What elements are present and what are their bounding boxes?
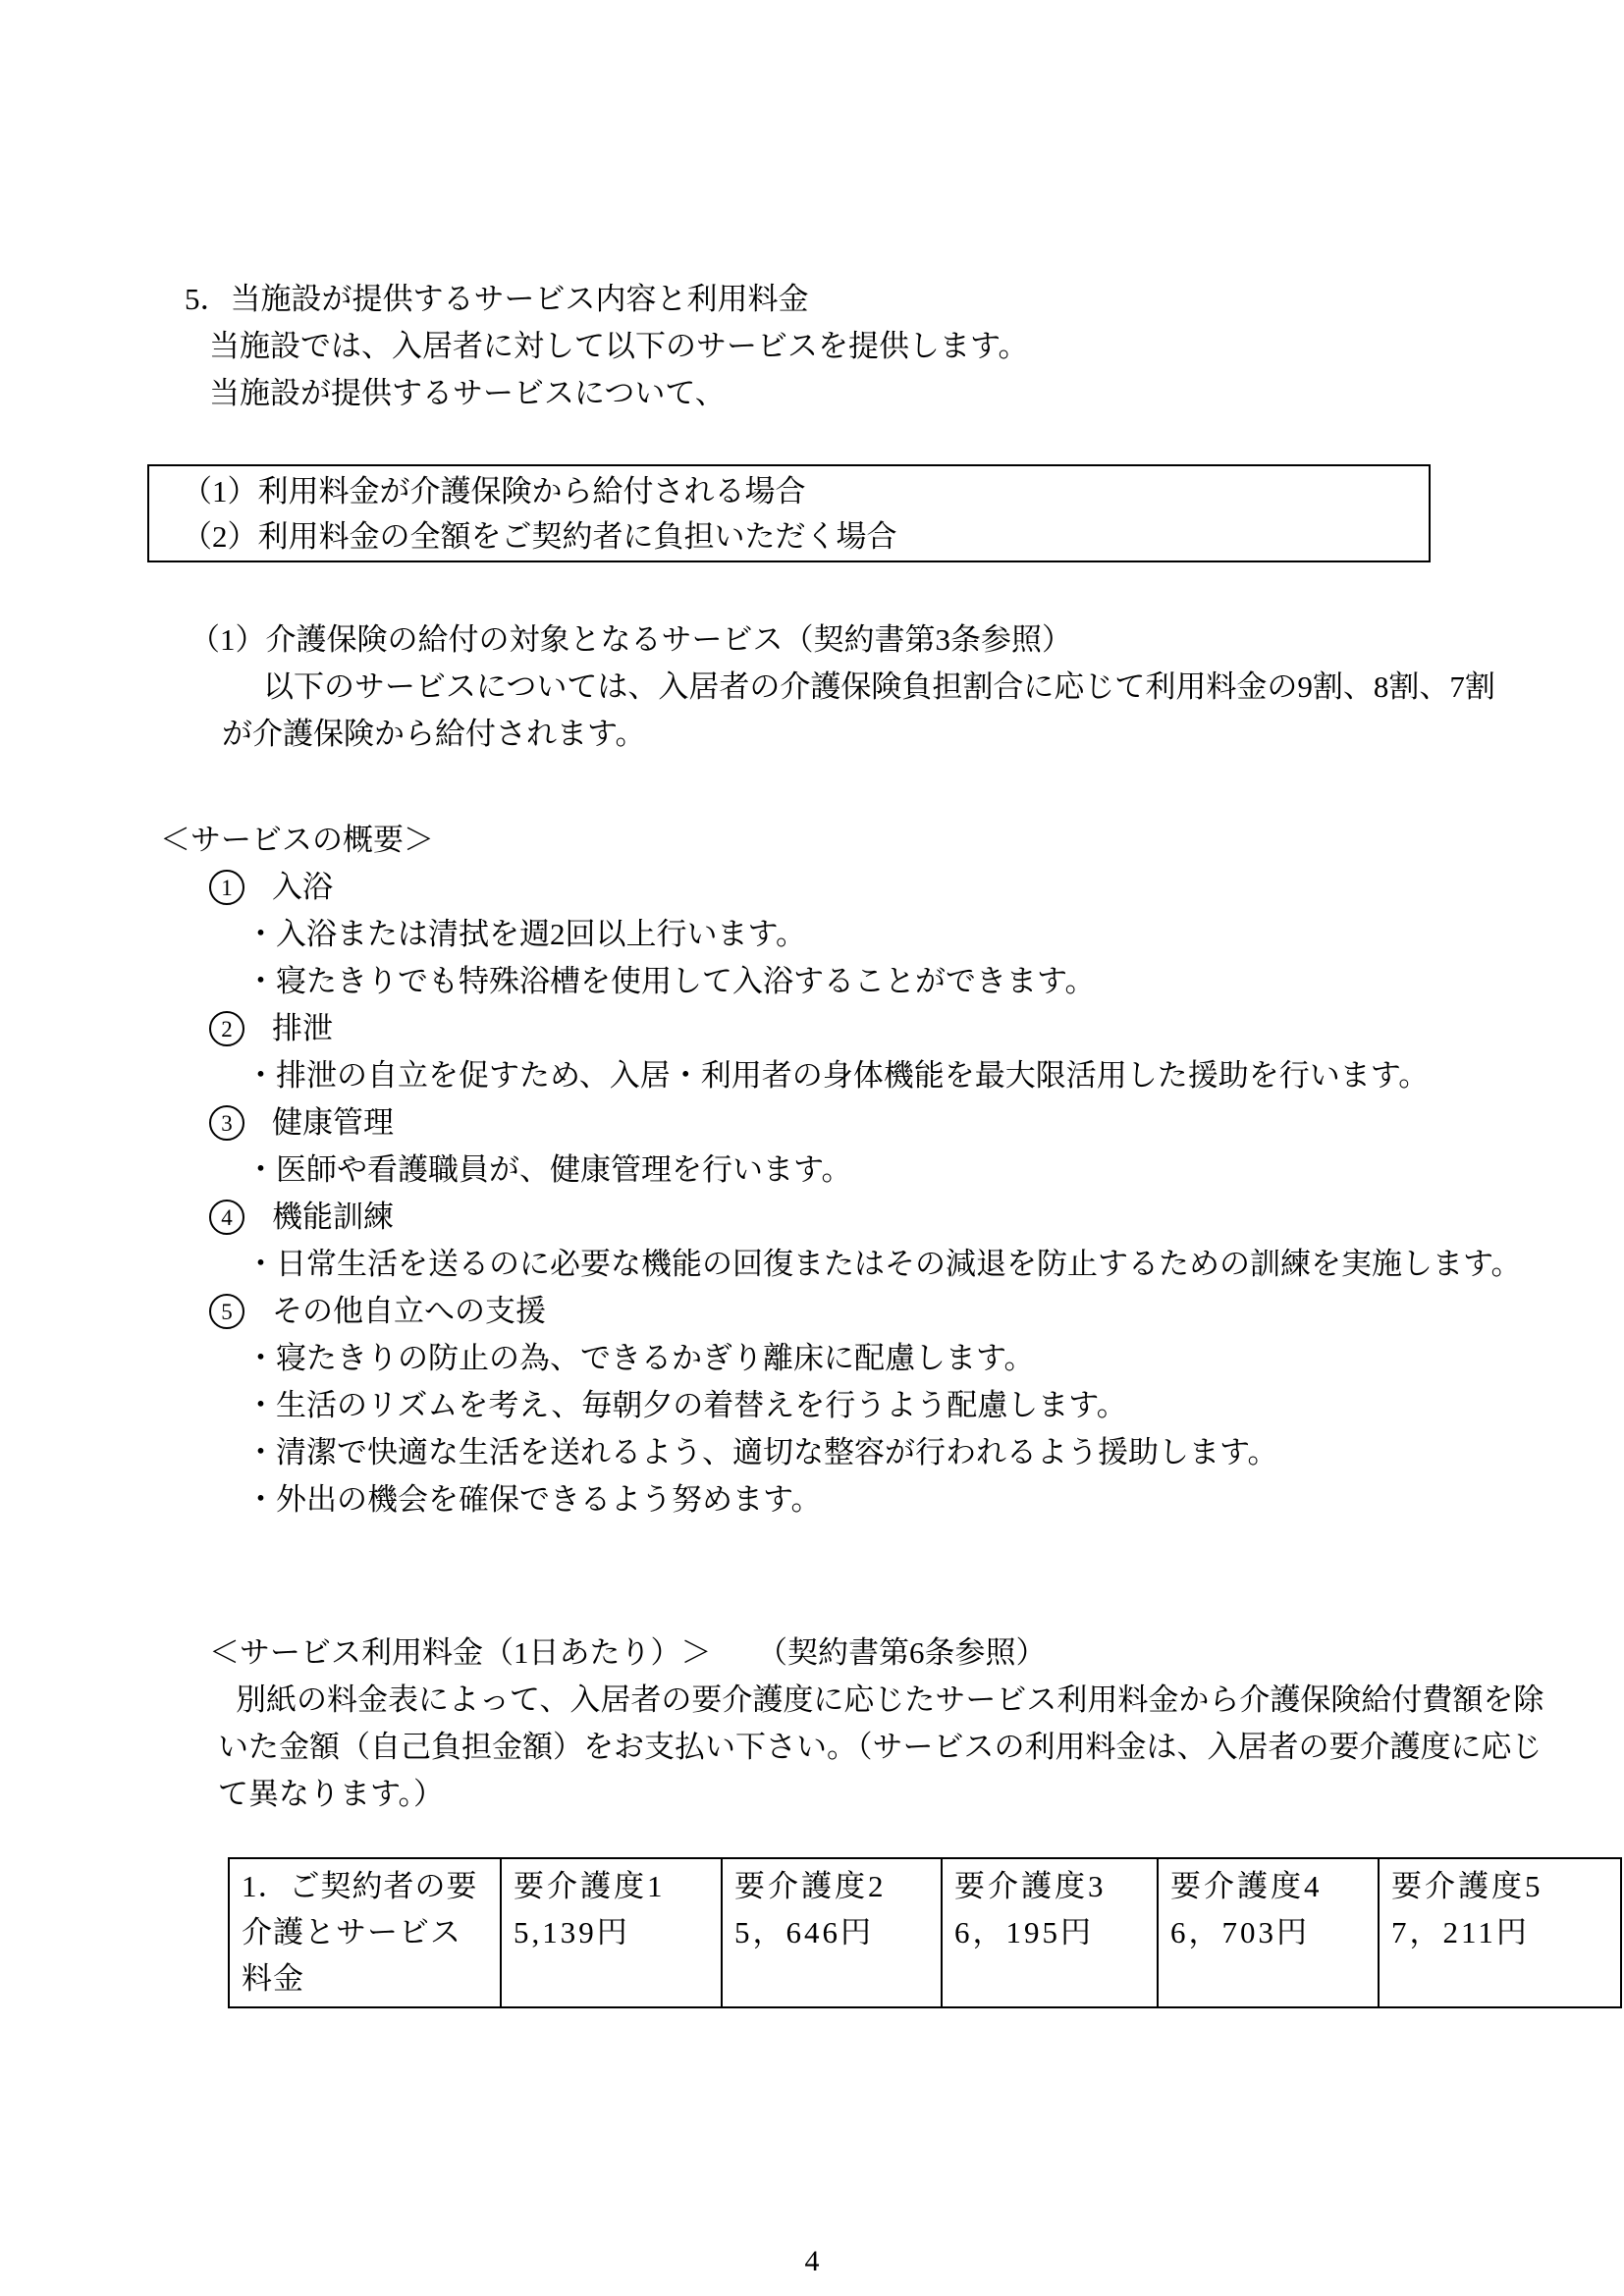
circled-number: 2 <box>209 1011 244 1046</box>
fee-table-row: 1．ご契約者の要介護とサービス料金 要介護度1 5,139円 要介護度2 5，6… <box>229 1858 1621 2007</box>
service-bullet: ・日常生活を送るのに必要な機能の回復またはその減退を防止するための訓練を実施しま… <box>245 1241 1624 1288</box>
fee-table-cell: 要介護度1 5,139円 <box>501 1858 722 2007</box>
insurance-body-line: 以下のサービスについては、入居者の介護保険負担割合に応じて利用料金の9割、8割、… <box>263 664 1624 711</box>
circled-number: 5 <box>209 1294 244 1329</box>
service-item: 3 健康管理 <box>209 1099 1624 1147</box>
service-item: 5 その他自立への支援 <box>209 1288 1624 1335</box>
fee-table-cell: 要介護度3 6，195円 <box>942 1858 1158 2007</box>
service-bullet: ・入浴または清拭を週2回以上行います。 <box>245 911 1624 958</box>
case-box-item: （2）利用料金の全額をご契約者に負担いただく場合 <box>182 514 1429 560</box>
fee-table-cell: 要介護度4 6，703円 <box>1158 1858 1379 2007</box>
service-item-title: 健康管理 <box>272 1099 394 1147</box>
service-bullet: ・排泄の自立を促すため、入居・利用者の身体機能を最大限活用した援助を行います。 <box>245 1052 1624 1099</box>
insurance-body-line: が介護保険から給付されます。 <box>222 711 1624 758</box>
service-bullet: ・寝たきりでも特殊浴槽を使用して入浴することができます。 <box>245 958 1624 1005</box>
case-box-item: （1）利用料金が介護保険から給付される場合 <box>182 469 1429 514</box>
fee-body-line: て異なります。） <box>218 1771 1624 1818</box>
service-overview-heading: ＜サービスの概要＞ <box>160 817 1624 864</box>
intro-line: 当施設では、入居者に対して以下のサービスを提供します。 <box>209 323 1624 370</box>
fee-table-row-header: 1．ご契約者の要介護とサービス料金 <box>229 1858 501 2007</box>
fee-section-heading: ＜サービス利用料金（1日あたり）＞ （契約書第6条参照） <box>209 1629 1624 1677</box>
service-bullet: ・外出の機会を確保できるよう努めます。 <box>245 1476 1624 1523</box>
service-item: 2 排泄 <box>209 1005 1624 1052</box>
service-bullet: ・寝たきりの防止の為、できるかぎり離床に配慮します。 <box>245 1335 1624 1382</box>
service-item-title: 入浴 <box>272 864 333 911</box>
circled-number: 1 <box>209 870 244 905</box>
care-level-label: 要介護度4 <box>1170 1863 1370 1909</box>
case-list-box: （1）利用料金が介護保険から給付される場合 （2）利用料金の全額をご契約者に負担… <box>147 464 1431 562</box>
page-number: 4 <box>0 2238 1624 2285</box>
service-item-title: 排泄 <box>272 1005 333 1052</box>
fee-body-line: 別紙の料金表によって、入居者の要介護度に応じたサービス利用料金から介護保険給付費… <box>236 1677 1624 1724</box>
service-item: 4 機能訓練 <box>209 1194 1624 1241</box>
care-level-label: 要介護度1 <box>514 1863 713 1909</box>
circled-number: 4 <box>209 1200 244 1235</box>
care-level-label: 要介護度3 <box>954 1863 1149 1909</box>
fee-body-line: いた金額（自己負担金額）をお支払い下さい。（サービスの利用料金は、入居者の要介護… <box>218 1724 1624 1771</box>
care-level-label: 要介護度5 <box>1391 1863 1612 1909</box>
care-level-price: 6，703円 <box>1170 1909 1370 1955</box>
fee-table: 1．ご契約者の要介護とサービス料金 要介護度1 5,139円 要介護度2 5，6… <box>228 1857 1622 2008</box>
document-page: 5．当施設が提供するサービス内容と利用料金 当施設では、入居者に対して以下のサー… <box>0 0 1624 2296</box>
service-item-title: 機能訓練 <box>272 1194 394 1241</box>
intro-line: 当施設が提供するサービスについて、 <box>209 370 1624 417</box>
section-title: 5．当施設が提供するサービス内容と利用料金 <box>185 276 1624 323</box>
circled-number: 3 <box>209 1105 244 1141</box>
fee-table-cell: 要介護度5 7，211円 <box>1379 1858 1621 2007</box>
service-item-title: その他自立への支援 <box>272 1288 546 1335</box>
service-bullet: ・医師や看護職員が、健康管理を行います。 <box>245 1147 1624 1194</box>
service-item: 1 入浴 <box>209 864 1624 911</box>
care-level-price: 5,139円 <box>514 1909 713 1955</box>
care-level-price: 6，195円 <box>954 1909 1149 1955</box>
fee-table-cell: 要介護度2 5，646円 <box>722 1858 942 2007</box>
service-bullet: ・清潔で快適な生活を送れるよう、適切な整容が行われるよう援助します。 <box>245 1429 1624 1476</box>
care-level-price: 7，211円 <box>1391 1909 1612 1955</box>
care-level-price: 5，646円 <box>734 1909 933 1955</box>
care-level-label: 要介護度2 <box>734 1863 933 1909</box>
insurance-section-heading: （1）介護保険の給付の対象となるサービス（契約書第3条参照） <box>189 616 1624 664</box>
service-bullet: ・生活のリズムを考え、毎朝夕の着替えを行うよう配慮します。 <box>245 1382 1624 1429</box>
